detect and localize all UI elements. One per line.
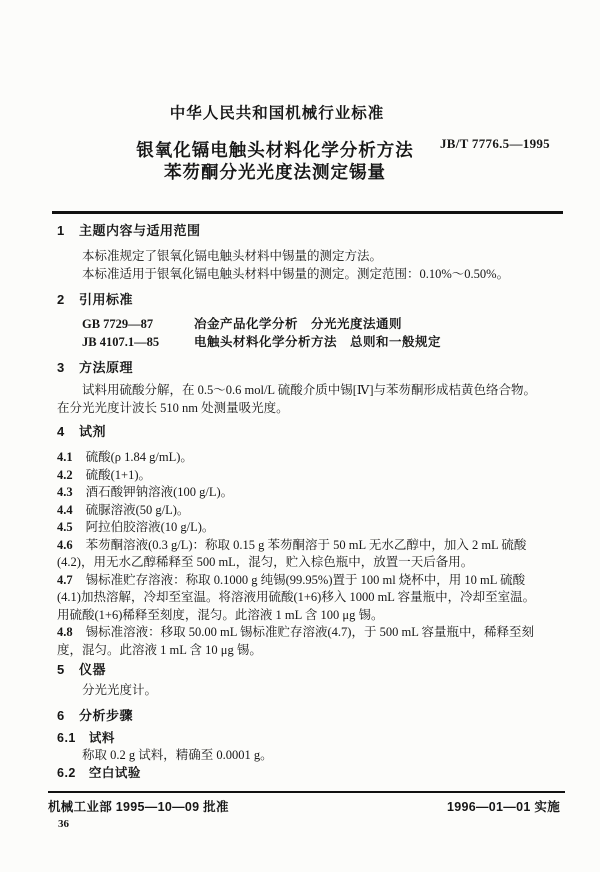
section-number: 5 — [57, 661, 79, 679]
document-title-line-1: 银氧化镉电触头材料化学分析方法 — [0, 139, 550, 161]
item-number: 4.2 — [57, 468, 73, 482]
section-number: 4 — [57, 423, 79, 441]
reagent-item: 4.3酒石酸钾钠溶液(100 g/L)。 — [57, 484, 546, 502]
subsection-number: 6.2 — [57, 766, 76, 780]
section-heading-6: 6分析步骤 — [57, 707, 546, 725]
item-number: 4.4 — [57, 503, 73, 517]
standard-document-page: 中华人民共和国机械行业标准 JB/T 7776.5—1995 银氧化镉电触头材料… — [0, 0, 600, 872]
document-header: 中华人民共和国机械行业标准 — [0, 101, 600, 123]
footer-approval: 机械工业部 1995—10—09 批准 — [48, 797, 229, 815]
reference-row: JB 4107.1—85电触头材料化学分析方法 总则和一般规定 — [57, 334, 546, 352]
header-divider — [52, 211, 563, 214]
paragraph: 本标准规定了银氧化镉电触头材料中锡量的测定方法。 — [57, 248, 546, 266]
section-heading-4: 4试剂 — [57, 423, 546, 441]
reagent-item: 4.1硫酸(ρ 1.84 g/mL)。 — [57, 449, 546, 467]
item-text: 硫脲溶液(50 g/L)。 — [86, 503, 190, 517]
subsection-title: 空白试验 — [89, 766, 141, 780]
item-text: 锡标准贮存溶液：称取 0.1000 g 纯锡(99.95%)置于 100 ml … — [57, 573, 535, 622]
paragraph: 本标准适用于银氧化镉电触头材料中锡量的测定。测定范围：0.10%～0.50%。 — [57, 266, 546, 284]
section-title: 分析步骤 — [79, 708, 133, 723]
footer-implementation: 1996—01—01 实施 — [447, 797, 560, 815]
section-heading-1: 1主题内容与适用范围 — [57, 222, 546, 240]
item-text: 锡标准溶液：移取 50.00 mL 锡标准贮存溶液(4.7)，于 500 mL … — [57, 625, 534, 657]
section-title: 引用标准 — [79, 292, 133, 307]
section-title: 主题内容与适用范围 — [79, 223, 201, 238]
reagent-item: 4.4硫脲溶液(50 g/L)。 — [57, 502, 546, 520]
document-body: 1主题内容与适用范围 本标准规定了银氧化镉电触头材料中锡量的测定方法。 本标准适… — [57, 222, 546, 782]
item-number: 4.6 — [57, 538, 73, 552]
reagent-item: 4.7锡标准贮存溶液：称取 0.1000 g 纯锡(99.95%)置于 100 … — [57, 572, 546, 625]
reference-title: 冶金产品化学分析 分光光度法通则 — [194, 317, 402, 331]
reference-code: JB 4107.1—85 — [82, 334, 194, 352]
section-number: 3 — [57, 359, 79, 377]
item-text: 酒石酸钾钠溶液(100 g/L)。 — [86, 485, 234, 499]
item-text: 硫酸(ρ 1.84 g/mL)。 — [86, 450, 193, 464]
subsection-heading-6-2: 6.2空白试验 — [57, 765, 546, 783]
item-number: 4.7 — [57, 573, 73, 587]
subsection-number: 6.1 — [57, 731, 76, 745]
reference-row: GB 7729—87冶金产品化学分析 分光光度法通则 — [57, 316, 546, 334]
item-text: 阿拉伯胶溶液(10 g/L)。 — [86, 520, 215, 534]
page-number: 36 — [58, 818, 69, 830]
item-text: 硫酸(1+1)。 — [86, 468, 151, 482]
section-title: 试剂 — [79, 424, 106, 439]
item-number: 4.5 — [57, 520, 73, 534]
paragraph: 试料用硫酸分解，在 0.5～0.6 mol/L 硫酸介质中锡[Ⅳ]与苯芴酮形成桔… — [57, 382, 546, 417]
item-number: 4.3 — [57, 485, 73, 499]
reagent-item: 4.5阿拉伯胶溶液(10 g/L)。 — [57, 519, 546, 537]
section-number: 6 — [57, 707, 79, 725]
footer: 机械工业部 1995—10—09 批准 1996—01—01 实施 — [48, 797, 560, 815]
item-number: 4.1 — [57, 450, 73, 464]
reference-title: 电触头材料化学分析方法 总则和一般规定 — [194, 335, 441, 349]
reagent-item: 4.6苯芴酮溶液(0.3 g/L)：称取 0.15 g 苯芴酮溶于 50 mL … — [57, 537, 546, 572]
section-number: 1 — [57, 222, 79, 240]
document-title-line-2: 苯芴酮分光光度法测定锡量 — [0, 161, 550, 183]
paragraph: 称取 0.2 g 试料，精确至 0.0001 g。 — [57, 747, 546, 765]
footer-divider — [48, 791, 565, 793]
section-title: 仪器 — [79, 662, 106, 677]
reagent-item: 4.2硫酸(1+1)。 — [57, 467, 546, 485]
subsection-heading-6-1: 6.1试料 — [57, 730, 546, 748]
section-heading-5: 5仪器 — [57, 661, 546, 679]
subsection-title: 试料 — [89, 731, 115, 745]
item-number: 4.8 — [57, 625, 73, 639]
section-number: 2 — [57, 291, 79, 309]
item-text: 苯芴酮溶液(0.3 g/L)：称取 0.15 g 苯芴酮溶于 50 mL 无水乙… — [57, 538, 526, 570]
document-title: 银氧化镉电触头材料化学分析方法 苯芴酮分光光度法测定锡量 — [0, 139, 600, 183]
reagent-item: 4.8锡标准溶液：移取 50.00 mL 锡标准贮存溶液(4.7)，于 500 … — [57, 624, 546, 659]
reference-code: GB 7729—87 — [82, 316, 194, 334]
section-title: 方法原理 — [79, 360, 133, 375]
section-heading-2: 2引用标准 — [57, 291, 546, 309]
paragraph: 分光光度计。 — [57, 682, 546, 700]
section-heading-3: 3方法原理 — [57, 359, 546, 377]
